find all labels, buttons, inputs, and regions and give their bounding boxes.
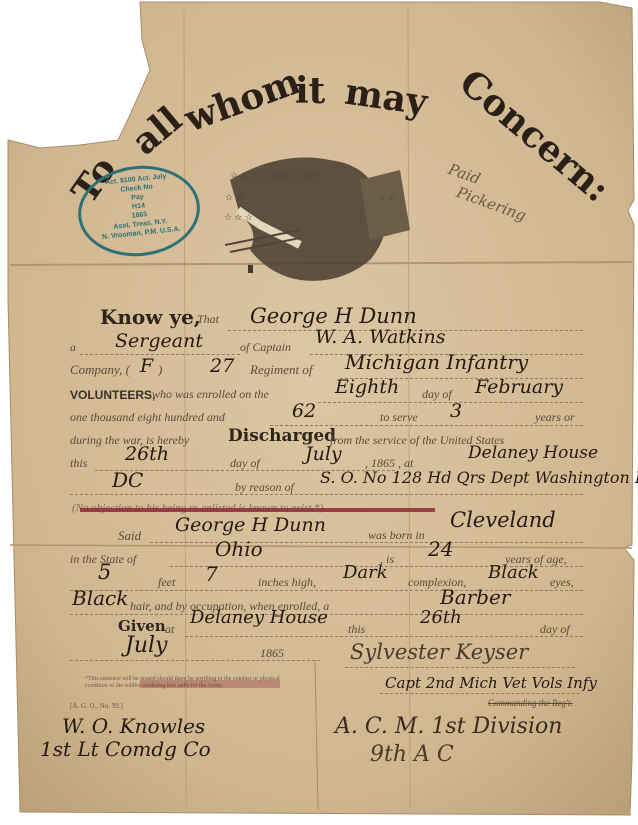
discharge-day: 26th [125,443,169,465]
discharge-day-of-label: day of [230,456,260,471]
division-note: A. C. M. 1st Division [335,714,562,739]
occupation: Barber [440,585,510,609]
title-word-it: it [295,70,325,112]
given-place: Delaney House [190,607,328,628]
enrolled-day: Eighth [335,376,399,398]
discharge-certificate: ☆ ☆ ☆ ☆ ☆ ☆ ☆ ☆ ☆ ☆ ☆ ☆ ☆ ☆ ☆ ☆ To all w… [0,0,638,825]
discharge-place-cont: DC [112,468,143,492]
day-of-label: day of [422,387,452,402]
born-name: George H Dunn [175,514,326,536]
given-year: 1865 [260,646,284,661]
given-day-of-label: day of [540,622,570,637]
intro-heading: Know ye, [100,305,201,329]
serve-years: 3 [450,400,462,422]
given-day: 26th [420,607,462,628]
given-month: July [125,633,167,658]
rule [380,693,580,694]
hair-color: Black [72,586,128,610]
discharge-place: Delaney House [468,443,598,463]
svg-text:☆ ☆: ☆ ☆ [225,192,243,202]
red-strikethrough [80,508,435,512]
svg-text:☆ ☆ ☆ ☆ ☆ ☆ ☆ ☆ ☆: ☆ ☆ ☆ ☆ ☆ ☆ ☆ ☆ ☆ [230,170,321,180]
feet-label: feet [158,575,175,590]
svg-text:☆ ☆: ☆ ☆ [378,192,396,202]
that-label: That [197,312,219,327]
corps-note: 9th A C [370,742,454,767]
soldier-name: George H Dunn [250,304,417,328]
enrolled-month: February [475,376,563,398]
height-inches: 7 [205,562,218,586]
regiment-label: Regiment of [250,362,312,378]
rank: Sergeant [115,330,203,352]
regiment-name: Michigan Infantry [345,350,528,374]
eye-color: Black [488,562,539,583]
inches-label: inches high, [258,575,316,590]
birthplace: Cleveland [450,508,556,532]
height-feet: 5 [98,560,111,584]
form-number: [A. G. O., No. 99.] [70,702,123,710]
lieutenant-signature: W. O. Knowles [62,714,205,738]
eyes-label: eyes, [550,575,574,590]
svg-text:☆ ☆ ☆: ☆ ☆ ☆ [224,212,253,222]
rule [345,667,575,668]
given-this-label: this [348,622,365,637]
age: 24 [428,537,453,561]
discharge-reason: S. O. No 128 Hd Qrs Dept Washington DC [320,468,638,487]
rule [185,636,583,637]
commanding-label: Commanding the Reg't. [488,698,573,708]
discharge-month: July [305,443,342,465]
captain-name: W. A. Watkins [315,326,446,348]
year-prefix: one thousand eight hundred and [70,410,225,425]
company-close: ) [158,362,162,378]
a-label: a [70,340,76,355]
complexion: Dark [343,562,388,583]
enrolled-year: 62 [292,400,316,422]
born-in-label: was born in [368,528,425,543]
commander-signature: Sylvester Keyser [350,640,528,664]
company-letter: F [140,355,153,377]
enrolled-label: who was enrolled on the [152,387,269,402]
volunteers-label: VOLUNTEERS, [70,388,155,402]
regiment-number: 27 [210,355,234,377]
commander-title: Capt 2nd Mich Vet Vols Infy [385,674,597,692]
rule [70,494,583,495]
years-or-label: years or [535,410,575,425]
said-label: Said [118,528,141,544]
lieutenant-title: 1st Lt Comdg Co [40,737,211,761]
state: Ohio [215,537,263,561]
footnote-strike [140,680,280,688]
by-reason-label: by reason of [235,480,294,495]
to-serve-label: to serve [380,410,418,425]
this-label: this [70,456,87,471]
of-captain-label: of Captain [240,340,291,355]
company-label: Company, ( [70,362,130,378]
